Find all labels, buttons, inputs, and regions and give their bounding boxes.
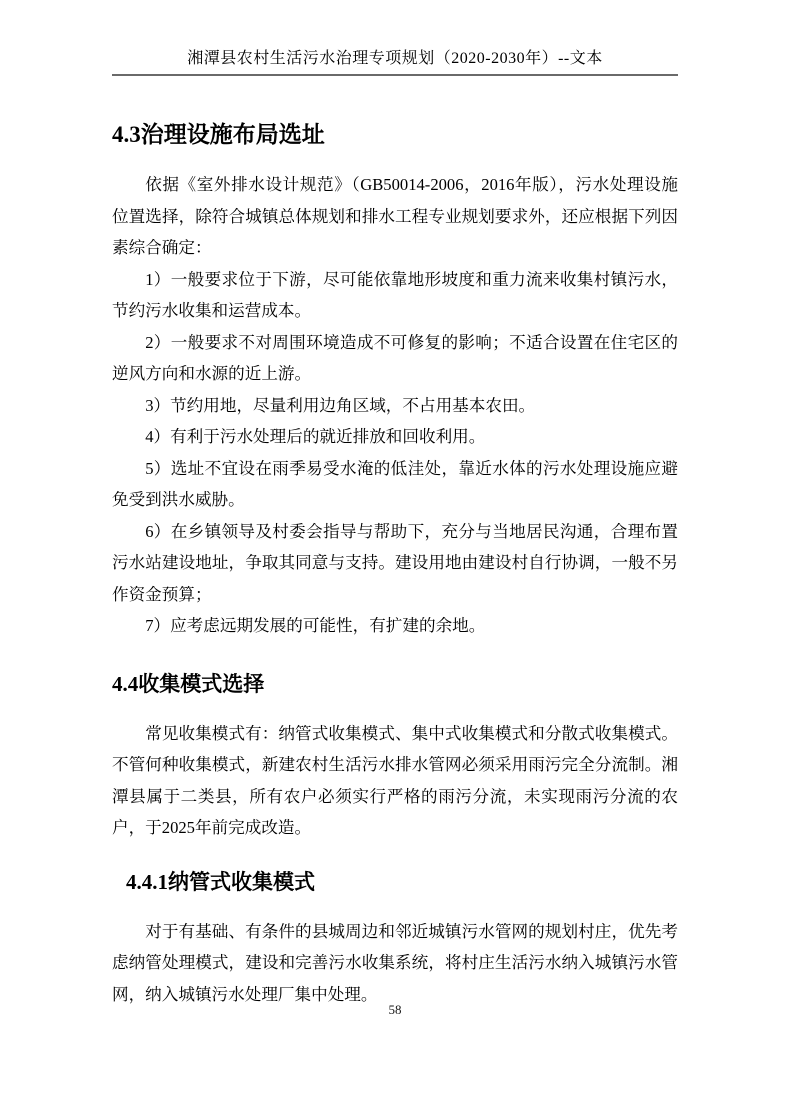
paragraph-intro: 依据《室外排水设计规范》（GB50014-2006，2016年版），污水处理设施… [112,169,678,264]
header-title: 湘潭县农村生活污水治理专项规划（2020-2030年）--文本 [112,45,678,68]
paragraph-pipe-mode: 对于有基础、有条件的县城周边和邻近城镇污水管网的规划村庄，优先考虑纳管处理模式，… [112,916,678,1011]
document-page: 湘潭县农村生活污水治理专项规划（2020-2030年）--文本 4.3治理设施布… [0,0,790,1118]
page-footer: 58 [0,1002,790,1018]
document-content: 4.3治理设施布局选址 依据《室外排水设计规范》（GB50014-2006，20… [112,116,678,1010]
list-item-5: 5）选址不宜设在雨季易受水淹的低洼处，靠近水体的污水处理设施应避免受到洪水威胁。 [112,453,678,516]
section-heading-4-4-1: 4.4.1纳管式收集模式 [112,866,678,896]
section-heading-4-3: 4.3治理设施布局选址 [112,116,678,149]
page-number: 58 [389,1002,402,1017]
list-item-1: 1）一般要求位于下游，尽可能依靠地形坡度和重力流来收集村镇污水，节约污水收集和运… [112,264,678,327]
paragraph-collection-modes: 常见收集模式有：纳管式收集模式、集中式收集模式和分散式收集模式。不管何种收集模式… [112,718,678,844]
section-heading-4-4: 4.4收集模式选择 [112,668,678,698]
list-item-3: 3）节约用地，尽量利用边角区域，不占用基本农田。 [112,390,678,422]
list-item-4: 4）有利于污水处理后的就近排放和回收利用。 [112,421,678,453]
list-item-6: 6）在乡镇领导及村委会指导与帮助下，充分与当地居民沟通，合理布置污水站建设地址，… [112,516,678,611]
list-item-2: 2）一般要求不对周围环境造成不可修复的影响；不适合设置在住宅区的逆风方向和水源的… [112,327,678,390]
page-header: 湘潭县农村生活污水治理专项规划（2020-2030年）--文本 [112,0,678,76]
list-item-7: 7）应考虑远期发展的可能性，有扩建的余地。 [112,610,678,642]
